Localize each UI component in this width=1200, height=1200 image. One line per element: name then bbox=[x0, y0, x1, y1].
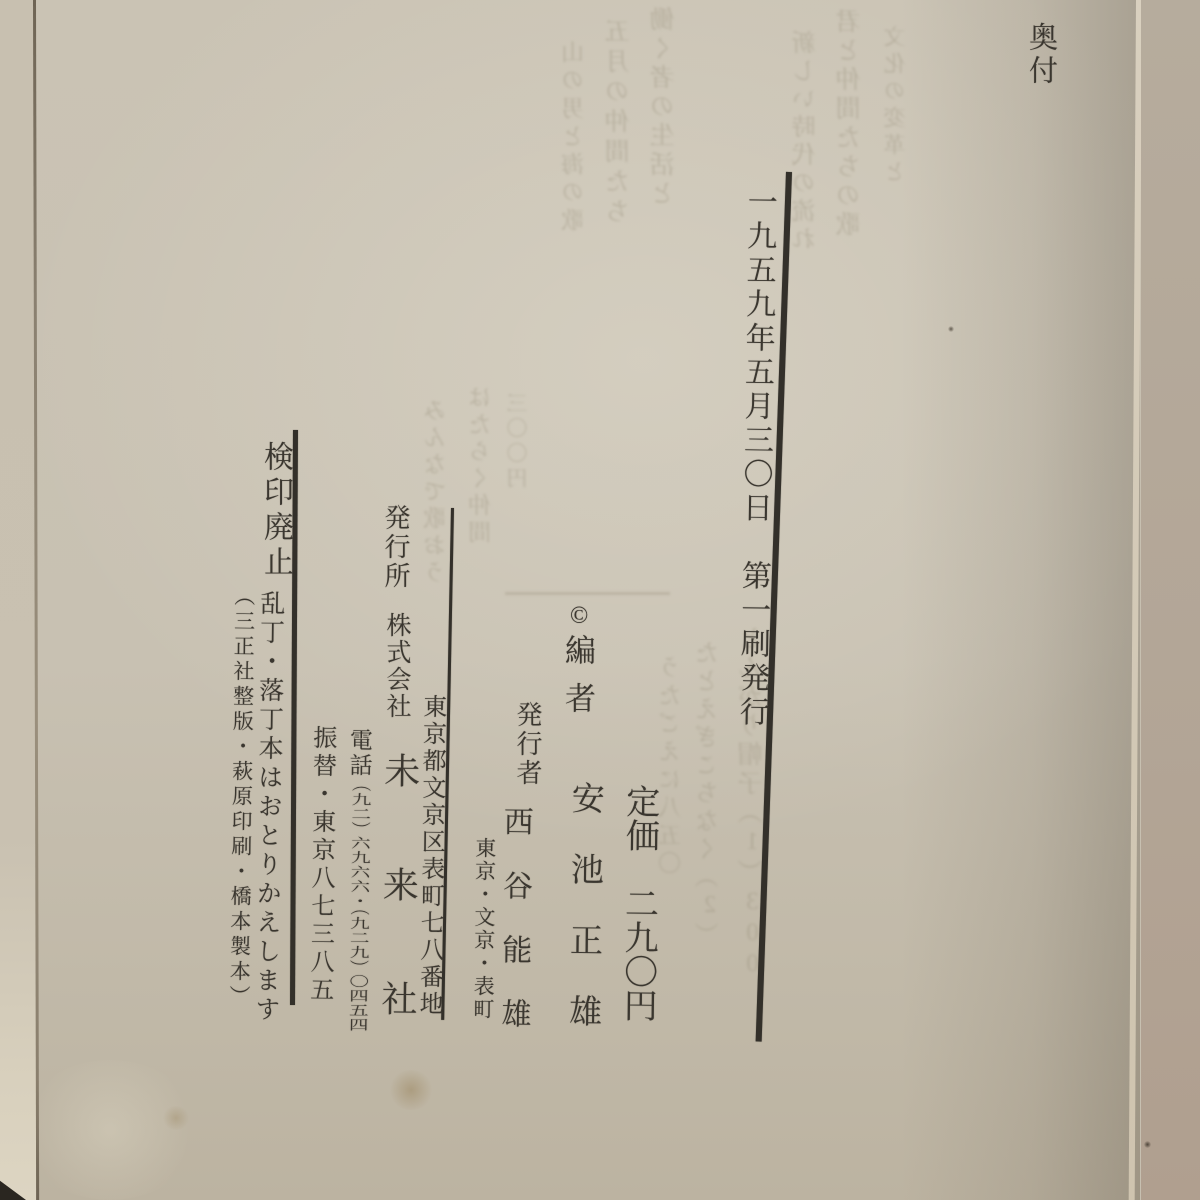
show-through-rule bbox=[505, 592, 670, 595]
editor-name: 安池正雄 bbox=[565, 781, 601, 1065]
phone-label: 電話 bbox=[346, 728, 372, 778]
colophon-corner-label: 奥付 bbox=[1026, 22, 1055, 88]
editor-role-label: 編者 bbox=[562, 634, 593, 730]
adjacent-page-surface bbox=[1141, 0, 1200, 1200]
page-curl-shadow bbox=[900, 0, 1140, 1200]
issuer-role-label: 発行所 bbox=[382, 504, 408, 591]
book-colophon-photo: 君と仲間たちの歌 新しい時代の流れ 文化の変革と 働く者の生活と 五月の仲間たち… bbox=[0, 0, 1200, 1200]
copyright-symbol: © bbox=[570, 604, 588, 628]
defect-exchange-notice: 乱丁・落丁本はおとりかえします bbox=[253, 590, 283, 1025]
issuer-company-name: 未来社 bbox=[378, 752, 418, 1094]
phone-line: 電話（九二）六九六六・（九二九）〇四五四 bbox=[344, 728, 371, 1033]
issuer-address: 東京都文京区表町七八番地 bbox=[416, 694, 444, 1018]
edition-date-line: 一九五九年五月三〇日 第一刷発行 bbox=[735, 186, 774, 730]
underlying-page-strip bbox=[0, 0, 36, 1200]
publisher-role-label: 発行者 bbox=[514, 701, 540, 788]
publisher-location: 東京・文京・表町 bbox=[472, 837, 495, 1021]
price-line: 定価 二九〇円 bbox=[619, 784, 656, 1022]
publisher-name: 西谷能雄 bbox=[497, 806, 530, 1062]
inspection-stamp-notice: 検印廃止 bbox=[260, 441, 290, 581]
postal-transfer-line: 振替・東京八七三八五 bbox=[307, 725, 334, 1005]
issuer-company-type: 株式会社 bbox=[384, 612, 409, 720]
production-credits: （三正社整版・萩原印刷・橋本製本） bbox=[228, 585, 254, 1010]
phone-number: （九二）六九六六・（九二九）〇四五四 bbox=[346, 778, 369, 1032]
